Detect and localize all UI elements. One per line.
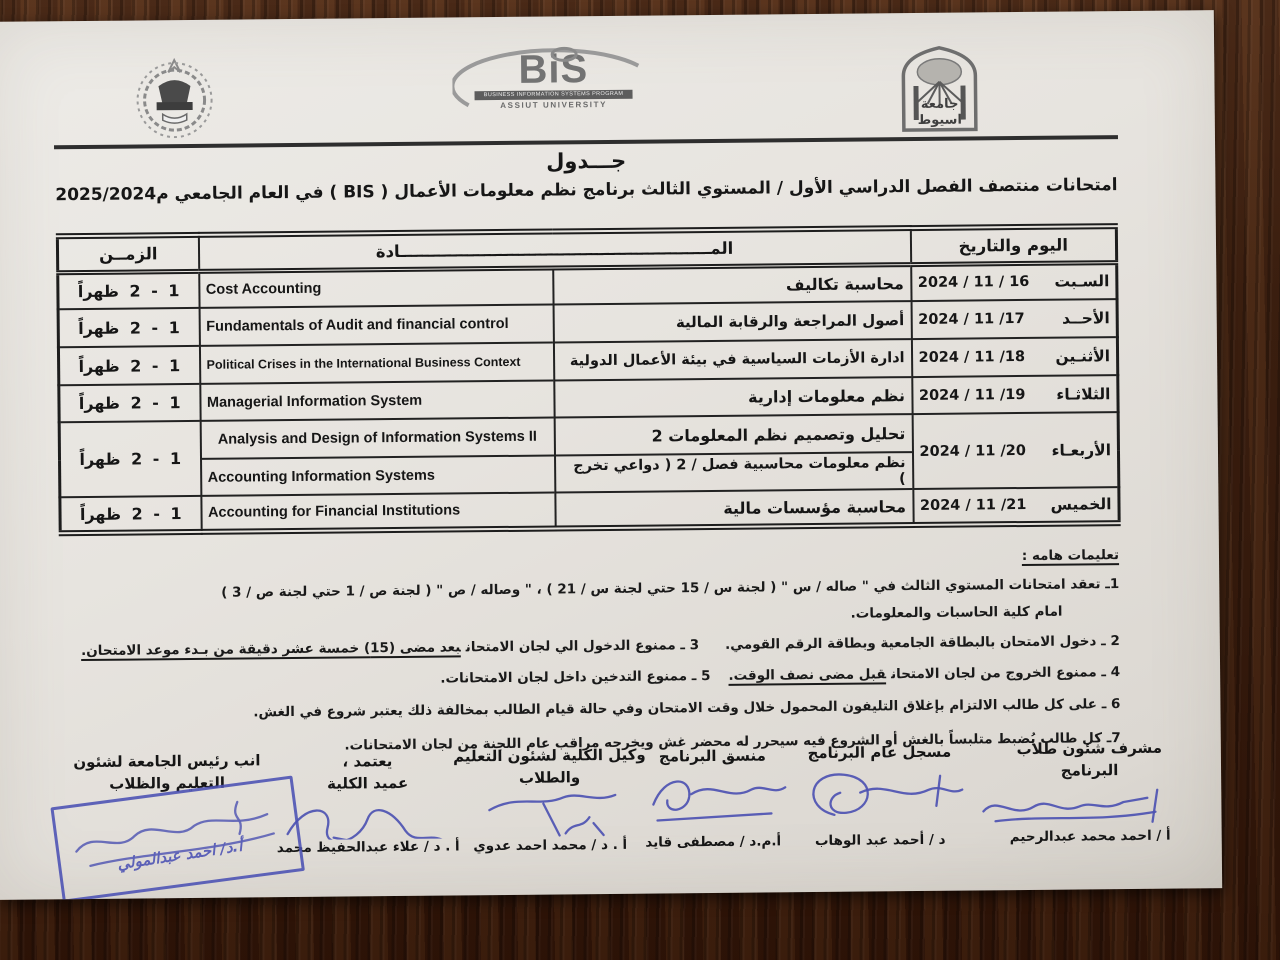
instructions-section: تعليمات هامه : 1ـ تعقد امتحانات المستوي … bbox=[9, 544, 1121, 759]
cell-subject-en: Political Crises in the International Bu… bbox=[199, 342, 553, 383]
day-name: الخميس bbox=[1050, 495, 1111, 514]
cell-subject-ar: محاسبة تكاليف bbox=[553, 264, 911, 304]
cell-day-date: السـبت2024 / 11 / 16 bbox=[911, 262, 1117, 301]
cell-time: 1 - 2 ظهراً bbox=[59, 421, 201, 497]
day-name: الأثنـين bbox=[1055, 347, 1110, 366]
svg-text:جامعة: جامعة bbox=[921, 97, 959, 112]
date-value: 2024 / 11 / 16 bbox=[918, 274, 1030, 291]
cell-subject-ar: تحليل وتصميم نظم المعلومات 2 bbox=[554, 414, 912, 455]
instruction-line-2-3: 2 ـ دخول الامتحان بالبطاقة الجامعية وبطا… bbox=[10, 631, 1120, 662]
day-name: الثلاثـاء bbox=[1056, 385, 1110, 404]
date-value: 2024 / 11 /21 bbox=[920, 497, 1027, 514]
date-value: 2024 / 11 /20 bbox=[919, 442, 1026, 459]
cell-subject-en: Accounting for Financial Institutions bbox=[201, 492, 555, 531]
assiut-university-logo-icon: جامعة اسيوط bbox=[889, 41, 990, 134]
instruction-3-underlined: بعد مضى (15) خمسة عشر دقيقة من بـدء موعد… bbox=[81, 639, 461, 659]
cell-subject-ar: نظم معلومات إدارية bbox=[554, 377, 912, 417]
cell-subject-en: Analysis and Design of Information Syste… bbox=[200, 417, 554, 458]
cell-day-date: الأثنـين2024 / 11 /18 bbox=[911, 337, 1117, 377]
signature-title: انب رئيس الجامعة لشئون bbox=[27, 750, 307, 774]
faculty-of-commerce-logo-icon bbox=[132, 56, 217, 139]
bis-swoosh-icon bbox=[452, 38, 655, 132]
instruction-4-underlined: قبل مضى نصف الوقت. bbox=[728, 666, 886, 684]
cell-day-date: الأحــد2024 / 11 /17 bbox=[911, 299, 1117, 339]
day-name: السـبت bbox=[1054, 272, 1109, 291]
bis-program-logo: BiS BUSINESS INFORMATION SYSTEMS PROGRAM… bbox=[458, 50, 649, 111]
page-title: جـــدول bbox=[54, 144, 1118, 178]
instruction-4: 4 ـ ممنوع الخروج من لجان الامتحان bbox=[891, 664, 1120, 682]
date-value: 2024 / 11 /17 bbox=[918, 311, 1025, 328]
header-day-date: اليوم والتاريخ bbox=[910, 226, 1116, 264]
cell-subject-en: Accounting Information Systems bbox=[201, 455, 555, 495]
cell-day-date: الثلاثـاء2024 / 11 /19 bbox=[912, 375, 1118, 414]
cell-time: 1 - 2 ظهراً bbox=[60, 496, 201, 533]
cell-subject-ar: محاسبة مؤسسات مالية bbox=[555, 489, 913, 528]
signature-vice-president-stamp-area: انب رئيس الجامعة لشئون التعليم والظلاب أ… bbox=[27, 750, 308, 893]
signature-scribble bbox=[789, 761, 970, 833]
exam-schedule-table: اليوم والتاريخ المــــــــــــــــــــــ… bbox=[56, 223, 1121, 536]
instruction-2: 2 ـ دخول الامتحان بالبطاقة الجامعية وبطا… bbox=[725, 633, 1120, 653]
cell-subject-en: Managerial Information System bbox=[200, 380, 554, 420]
day-name: الأحــد bbox=[1062, 309, 1110, 327]
cell-subject-ar: ادارة الأزمات السياسية في بيئة الأعمال ا… bbox=[553, 339, 911, 380]
instruction-line-1b: امام كلية الحاسبات والمعلومات. bbox=[9, 602, 1062, 632]
day-name: الأربعـاء bbox=[1051, 441, 1111, 460]
svg-text:اسيوط: اسيوط bbox=[918, 113, 962, 128]
instruction-3: 3 ـ ممنوع الدخول الي لجان الامتحان bbox=[466, 637, 700, 655]
document-paper: BiS BUSINESS INFORMATION SYSTEMS PROGRAM… bbox=[0, 10, 1222, 900]
cell-time: 1 - 2 ظهراً bbox=[59, 384, 200, 422]
cell-subject-en: Fundamentals of Audit and financial cont… bbox=[199, 305, 553, 346]
cell-day-date: الخميس2024 / 11 /21 bbox=[913, 487, 1119, 525]
instruction-line-1: 1ـ تعقد امتحانات المستوي الثالث في " صال… bbox=[9, 574, 1119, 605]
cell-subject-ar: نظم معلومات محاسبية فصل / 2 ( دواعي تخرج… bbox=[555, 452, 913, 492]
subtitle-text: امتحانات منتصف الفصل الدراسي الأول / الم… bbox=[174, 175, 1117, 204]
cell-subject-en: Cost Accounting bbox=[199, 268, 553, 308]
instruction-line-6: 6 ـ على كل طالب الالتزام بإغلاق التليفون… bbox=[10, 694, 1120, 725]
date-value: 2024 / 11 /19 bbox=[919, 386, 1026, 403]
assiut-logo-icon: جامعة اسيوط bbox=[889, 41, 990, 134]
instruction-5: 5 ـ ممنوع التدخين داخل لجان الامتحانات. bbox=[440, 668, 710, 687]
date-value: 2024 / 11 /18 bbox=[919, 349, 1026, 366]
cell-time: 1 - 2 ظهراً bbox=[58, 346, 199, 385]
header-time: الزمــن bbox=[57, 235, 198, 272]
cell-subject-ar: أصول المراجعة والرقابة المالية bbox=[553, 301, 911, 342]
subtitle-academic-year: 2025/2024م bbox=[55, 184, 168, 205]
page-subtitle: امتحانات منتصف الفصل الدراسي الأول / الم… bbox=[54, 175, 1118, 205]
instruction-line-4-5: 4 ـ ممنوع الخروج من لجان الامتحانقبل مضى… bbox=[10, 662, 1120, 693]
cell-time: 1 - 2 ظهراً bbox=[58, 271, 199, 309]
photo-of-exam-schedule: { "page": { "title": "جـــدول", "subtitl… bbox=[0, 0, 1280, 960]
cell-time: 1 - 2 ظهراً bbox=[58, 308, 199, 347]
instructions-heading: تعليمات هامه : bbox=[1022, 547, 1119, 564]
cell-day-date: الأربعـاء2024 / 11 /20 bbox=[912, 412, 1119, 489]
title-block: جـــدول امتحانات منتصف الفصل الدراسي الأ… bbox=[54, 144, 1118, 205]
faculty-logo-icon bbox=[132, 56, 217, 139]
signature-scribble bbox=[975, 779, 1205, 829]
signature-scribble bbox=[465, 786, 635, 838]
